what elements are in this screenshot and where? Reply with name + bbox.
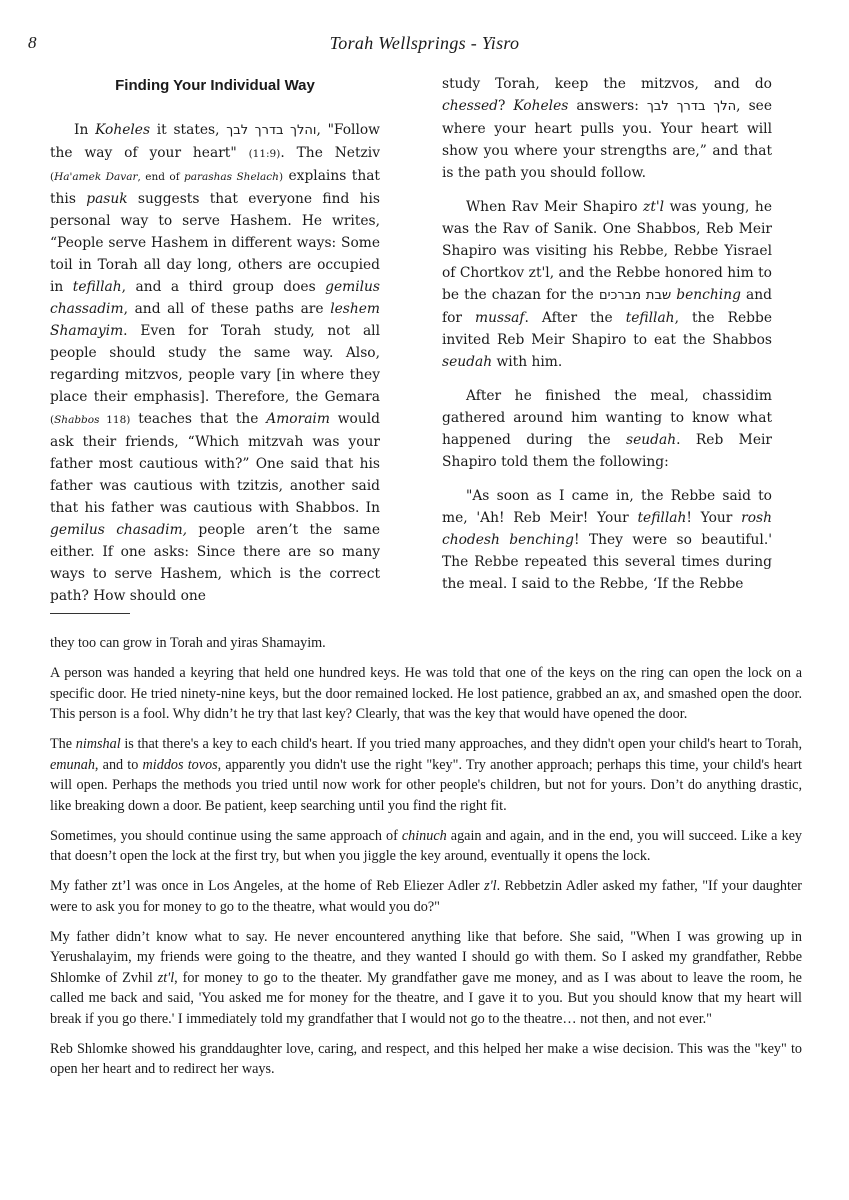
italic-term: emunah bbox=[50, 757, 95, 773]
text: is that there's a key to each child's he… bbox=[121, 736, 802, 752]
paragraph: study Torah, keep the mitzvos, and do ch… bbox=[442, 73, 772, 184]
citation: (Ha'amek Davar, end of parashas Shelach) bbox=[50, 171, 283, 183]
left-column: Finding Your Individual Way In Koheles i… bbox=[50, 73, 380, 619]
text: teaches that the bbox=[130, 411, 266, 427]
text: it states, bbox=[150, 122, 226, 138]
italic-term: Shabbos bbox=[54, 414, 99, 426]
italic-term: benching bbox=[676, 287, 741, 303]
paragraph: In Koheles it states, והלך בדרך לבך, "Fo… bbox=[50, 119, 380, 607]
text: Sometimes, you should continue using the… bbox=[50, 828, 402, 844]
book-title: Torah Wellsprings - Yisro bbox=[28, 33, 821, 54]
text: In bbox=[74, 122, 95, 138]
text: study Torah, keep the mitzvos, and do bbox=[442, 76, 772, 92]
italic-term: pasuk bbox=[86, 191, 127, 207]
citation: (11:9) bbox=[249, 148, 281, 160]
text: When Rav Meir Shapiro bbox=[466, 199, 643, 215]
italic-term: Koheles bbox=[95, 122, 150, 138]
text: , end of bbox=[138, 171, 185, 183]
italic-term: Ha'amek Davar bbox=[54, 171, 137, 183]
italic-term: Koheles bbox=[513, 98, 568, 114]
hebrew-quote: והלך בדרך לבך bbox=[226, 123, 316, 138]
footnote-paragraph: Reb Shlomke showed his granddaughter lov… bbox=[50, 1039, 802, 1080]
text: The bbox=[50, 736, 76, 752]
italic-term: tefillah bbox=[73, 279, 122, 295]
italic-term: zt'l bbox=[158, 970, 174, 986]
hebrew-term: שבת מברכים bbox=[599, 288, 671, 303]
citation: (Shabbos 118) bbox=[50, 414, 130, 426]
text: . The Netziv bbox=[280, 145, 380, 161]
italic-term: tefillah bbox=[638, 510, 687, 526]
italic-term: zt'l bbox=[643, 199, 664, 215]
italic-term: tefillah bbox=[626, 310, 675, 326]
italic-term: gemilus chasadim, bbox=[50, 522, 187, 538]
text: , and to bbox=[95, 757, 143, 773]
right-column: study Torah, keep the mitzvos, and do ch… bbox=[442, 73, 772, 607]
text: answers: bbox=[568, 98, 647, 114]
italic-term: seudah bbox=[626, 432, 676, 448]
footnote-paragraph: Sometimes, you should continue using the… bbox=[50, 826, 802, 867]
text: 118) bbox=[99, 414, 130, 426]
main-text-columns: Finding Your Individual Way In Koheles i… bbox=[50, 73, 802, 588]
text: with him. bbox=[492, 354, 562, 370]
footnote-separator bbox=[50, 613, 130, 614]
paragraph: "As soon as I came in, the Rebbe said to… bbox=[442, 485, 772, 595]
footnotes: they too can grow in Torah and yiras Sha… bbox=[50, 633, 802, 1089]
italic-term: z'l bbox=[484, 878, 497, 894]
running-header: 8 Torah Wellsprings - Yisro bbox=[28, 33, 821, 57]
italic-term: mussaf bbox=[475, 310, 524, 326]
text: , and all of these paths are bbox=[124, 301, 331, 317]
section-heading: Finding Your Individual Way bbox=[50, 75, 380, 97]
paragraph: After he finished the meal, chassidim ga… bbox=[442, 385, 772, 473]
footnote-paragraph: My father zt’l was once in Los Angeles, … bbox=[50, 876, 802, 917]
text: My father zt’l was once in Los Angeles, … bbox=[50, 878, 484, 894]
text: . After the bbox=[525, 310, 626, 326]
italic-term: chinuch bbox=[402, 828, 447, 844]
text: ! Your bbox=[686, 510, 741, 526]
italic-term: seudah bbox=[442, 354, 492, 370]
footnote-paragraph: My father didn’t know what to say. He ne… bbox=[50, 927, 802, 1030]
footnote-paragraph: A person was handed a keyring that held … bbox=[50, 663, 802, 725]
italic-term: nimshal bbox=[76, 736, 121, 752]
footnote-paragraph: they too can grow in Torah and yiras Sha… bbox=[50, 633, 802, 654]
text: ? bbox=[498, 98, 513, 114]
paragraph: When Rav Meir Shapiro zt'l was young, he… bbox=[442, 196, 772, 373]
italic-term: parashas Shelach bbox=[184, 171, 279, 183]
italic-term: chessed bbox=[442, 98, 498, 114]
italic-term: middos tovos bbox=[143, 757, 218, 773]
italic-term: Amoraim bbox=[266, 411, 330, 427]
text: , and a third group does bbox=[122, 279, 325, 295]
footnote-paragraph: The nimshal is that there's a key to eac… bbox=[50, 734, 802, 816]
hebrew-quote: הלך בדרך לבך bbox=[647, 99, 736, 114]
